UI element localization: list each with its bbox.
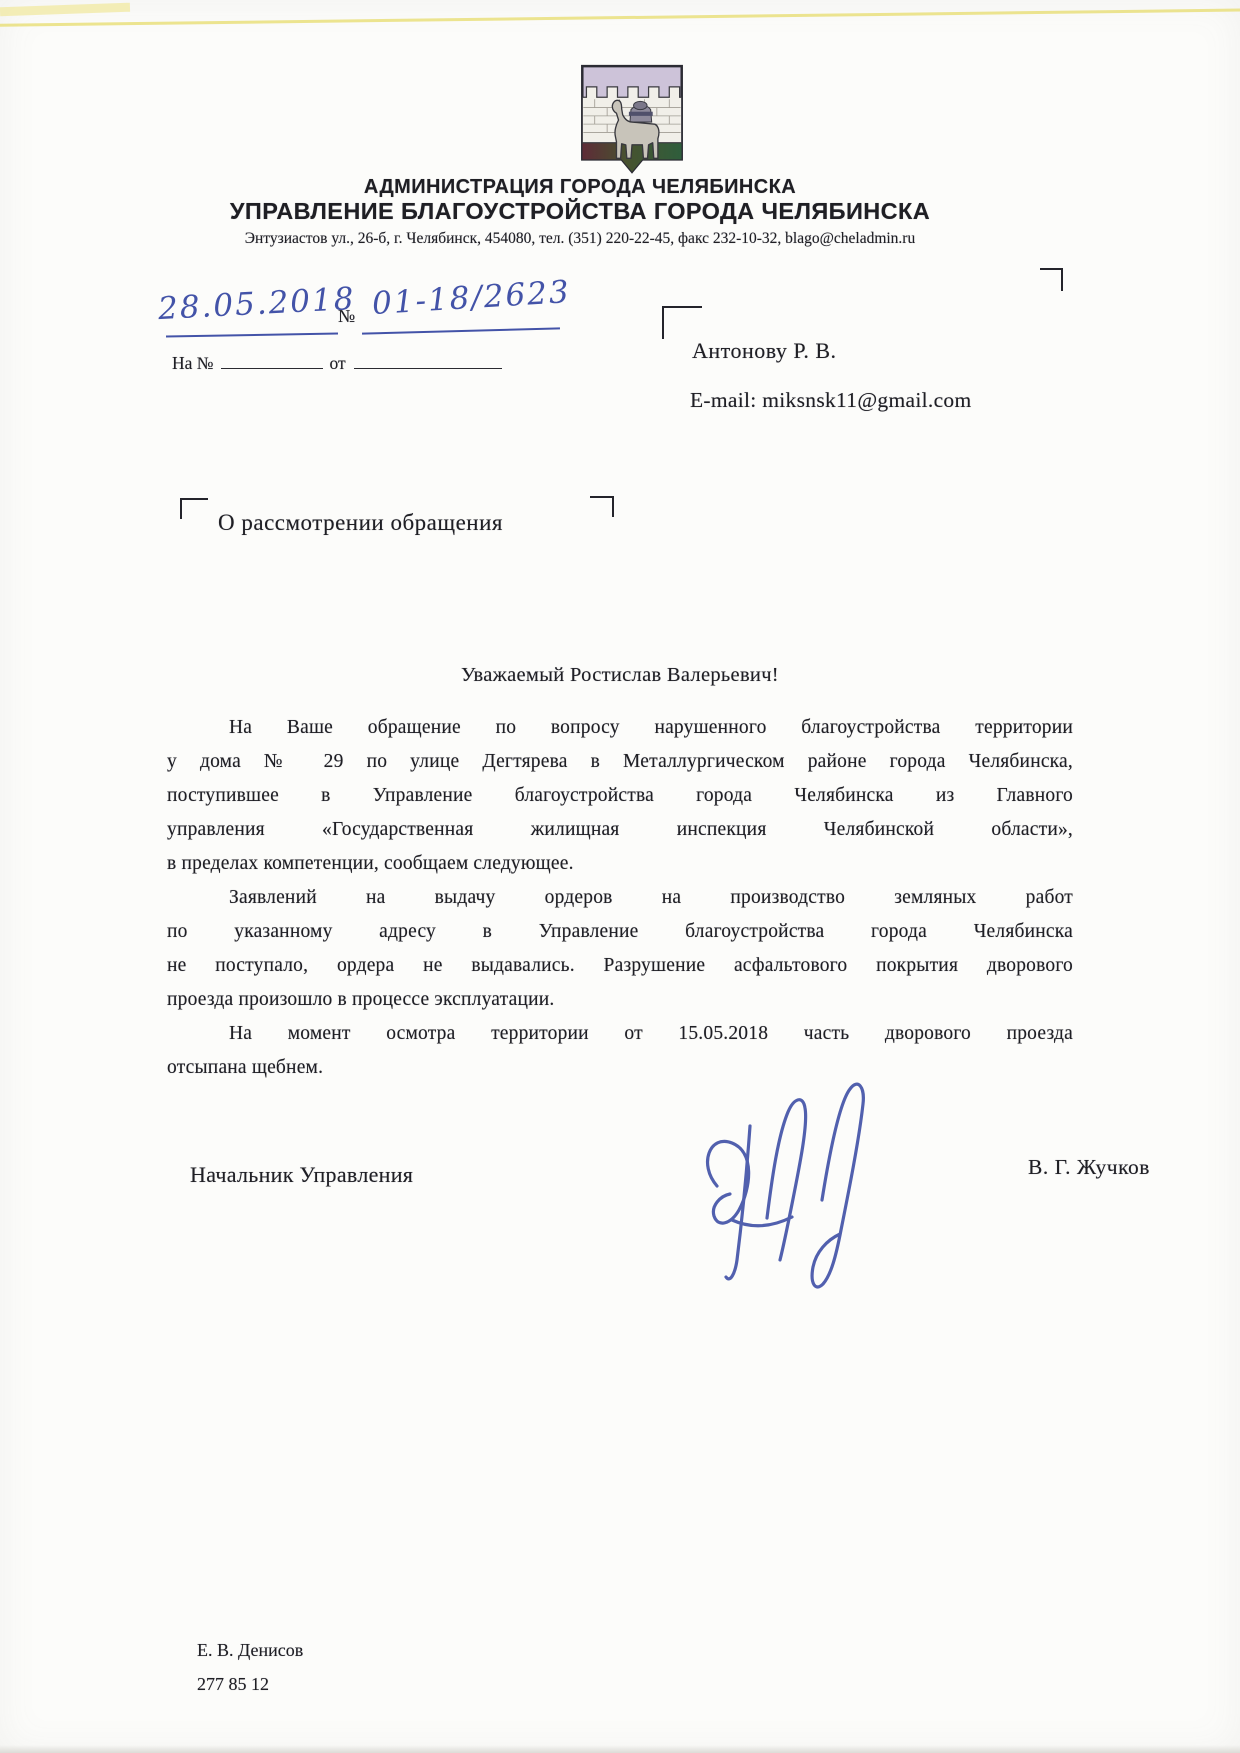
reply-date-blank — [354, 352, 502, 369]
handwritten-date: 28.05.2018 — [157, 281, 356, 327]
body-line: у дома № 29 по улице Дегтярева в Металлу… — [167, 745, 1073, 779]
reply-from-label: от — [329, 353, 345, 373]
body-line: На момент осмотра территории от 15.05.20… — [167, 1017, 1073, 1051]
paragraph: На момент осмотра территории от 15.05.20… — [167, 1017, 1073, 1085]
signer-name: В. Г. Жучков — [1028, 1155, 1150, 1180]
handwritten-outgoing-number: 01-18/2623 — [371, 274, 572, 322]
number-underline — [362, 327, 560, 334]
date-underline — [166, 332, 338, 337]
subject-zone-left-corner-mark — [180, 498, 208, 519]
body-line: в пределах компетенции, сообщаем следующ… — [167, 847, 1073, 881]
handwritten-signature — [672, 1068, 907, 1293]
subject-zone-right-corner-mark — [590, 496, 614, 517]
salutation: Уважаемый Ростислав Валерьевич! — [167, 664, 1073, 687]
reply-reference-line: На №от — [172, 352, 502, 374]
body-line: управления «Государственная жилищная инс… — [167, 813, 1073, 847]
org-address-line: Энтузиастов ул., 26-б, г. Челябинск, 454… — [0, 230, 1160, 248]
paragraph: Заявлений на выдачу ордеров на производс… — [167, 881, 1073, 1017]
body-line: отсыпана щебнем. — [167, 1051, 1073, 1085]
body-line: Заявлений на выдачу ордеров на производс… — [167, 881, 1073, 915]
recipient-email: E-mail: miksnsk11@gmail.com — [690, 388, 972, 413]
org-name-line2: УПРАВЛЕНИЕ БЛАГОУСТРОЙСТВА ГОРОДА ЧЕЛЯБИ… — [0, 198, 1160, 225]
signer-position-title: Начальник Управления — [190, 1162, 413, 1188]
page-top-right-corner-mark — [1040, 268, 1063, 291]
number-sign: № — [338, 306, 355, 327]
recipient-zone-corner-mark — [662, 306, 702, 339]
executor-phone: 277 85 12 — [197, 1674, 269, 1695]
body-line: проезда произошло в процессе эксплуатаци… — [167, 983, 1073, 1017]
scanned-letter-page: АДМИНИСТРАЦИЯ ГОРОДА ЧЕЛЯБИНСКА УПРАВЛЕН… — [0, 0, 1240, 1753]
reply-prefix: На № — [172, 353, 213, 373]
body-line: по указанному адресу в Управление благоу… — [167, 915, 1073, 949]
letter-subject: О рассмотрении обращения — [218, 510, 503, 536]
coat-of-arms-icon — [578, 62, 686, 178]
org-name-line1: АДМИНИСТРАЦИЯ ГОРОДА ЧЕЛЯБИНСКА — [0, 176, 1160, 199]
body-line: не поступало, ордера не выдавались. Разр… — [167, 949, 1073, 983]
reply-number-blank — [221, 352, 323, 369]
scan-artifact-yellow-streak — [0, 3, 130, 17]
recipient-name: Антонову Р. В. — [692, 338, 837, 364]
paragraph: На Ваше обращение по вопросу нарушенного… — [167, 711, 1073, 881]
letter-body: Уважаемый Ростислав Валерьевич! На Ваше … — [167, 664, 1073, 1085]
scan-artifact-yellow-line — [0, 8, 1240, 27]
body-line: На Ваше обращение по вопросу нарушенного… — [167, 711, 1073, 745]
body-line: поступившее в Управление благоустройства… — [167, 779, 1073, 813]
executor-name: Е. В. Денисов — [197, 1640, 303, 1661]
scan-artifact-bottom-edge — [0, 1745, 1240, 1753]
